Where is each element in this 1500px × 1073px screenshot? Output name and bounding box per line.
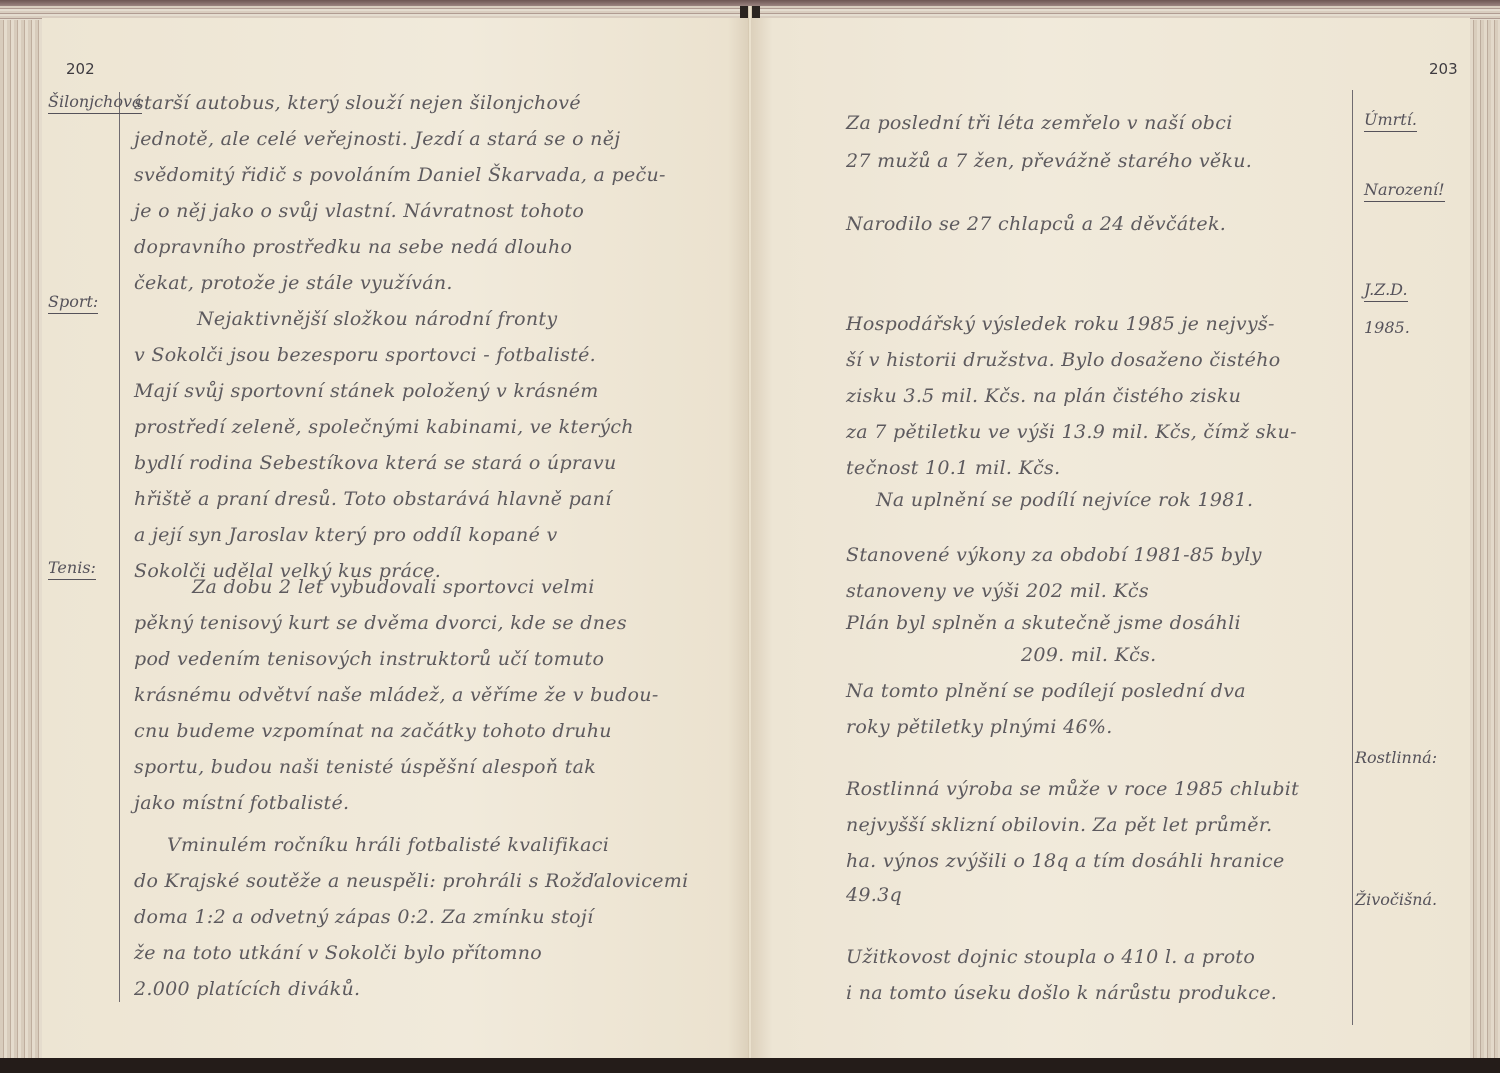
text-line: Na uplnění se podílí nejvíce rok 1981. [876,489,1253,511]
text-line: bydlí rodina Sebestíkova která se stará … [134,452,617,474]
text-line: doma 1:2 a odvetný zápas 0:2. Za zmínku … [134,906,593,928]
text-line: Vminulém ročníku hráli fotbalisté kvalif… [167,834,609,856]
page-stack-right [1469,6,1500,1058]
text-line: Mají svůj sportovní stánek položený v kr… [134,380,599,402]
text-line: je o něj jako o svůj vlastní. Návratnost… [134,200,584,222]
text-line: cnu budeme vzpomínat na začátky tohoto d… [134,720,612,742]
right-page: 203 Úmrtí. Narození! J.Z.D. 1985. Rostli… [751,18,1470,1058]
text-line: Narodilo se 27 chlapců a 24 děvčátek. [846,213,1226,235]
text-line: 49.3q [846,884,902,906]
text-line: 27 mužů a 7 žen, převážně starého věku. [846,150,1252,172]
text-line: Na tomto plnění se podílejí poslední dva [846,680,1246,702]
text-line: tečnost 10.1 mil. Kčs. [846,457,1060,479]
text-line: v Sokolči jsou bezesporu sportovci - fot… [134,344,596,366]
margin-rule [1352,90,1353,1025]
text-line: Nejaktivnější složkou národní fronty [197,308,557,330]
margin-rule [119,92,120,1002]
page-number: 203 [1429,60,1458,78]
text-line: sportu, budou naši tenisté úspěšní alesp… [134,756,596,778]
text-line: dopravního prostředku na sebe nedá dlouh… [134,236,572,258]
margin-note-silonjchova: Šilonjchová [48,92,142,114]
text-line: ší v historii družstva. Bylo dosaženo či… [846,349,1281,371]
text-line: pod vedením tenisových instruktorů učí t… [134,648,604,670]
text-line: Za dobu 2 let vybudovali sportovci velmi [192,576,595,598]
left-page: 202 Šilonjchová Sport: Tenis: starší aut… [42,18,749,1058]
text-line: Užitkovost dojnic stoupla o 410 l. a pro… [846,946,1255,968]
text-line: nejvyšší sklizní obilovin. Za pět let pr… [846,814,1272,836]
margin-note-tenis: Tenis: [48,558,96,580]
margin-note-jzd: J.Z.D. [1364,280,1408,302]
text-line: že na toto utkání v Sokolči bylo přítomn… [134,942,542,964]
text-line: čekat, protože je stále využíván. [134,272,453,294]
text-line: a její syn Jaroslav který pro oddíl kopa… [134,524,558,546]
book-cover-top [0,0,1500,6]
text-line: Rostlinná výroba se může v roce 1985 chl… [846,778,1299,800]
text-line: jednotě, ale celé veřejnosti. Jezdí a st… [134,128,620,150]
text-line: Hospodářský výsledek roku 1985 je nejvyš… [846,313,1275,335]
margin-note-year: 1985. [1364,318,1410,337]
margin-note-rostlinna: Rostlinná: [1355,748,1437,767]
page-stack-left [0,6,43,1058]
text-line: svědomitý řidič s povoláním Daniel Škarv… [134,164,666,186]
text-line: Za poslední tři léta zemřelo v naší obci [846,112,1233,134]
text-line: roky pětiletky plnými 46%. [846,716,1113,738]
text-line: jako místní fotbalisté. [134,792,349,814]
text-line: stanoveny ve výši 202 mil. Kčs [846,580,1149,602]
text-line: 209. mil. Kčs. [1021,644,1156,666]
text-line: Stanovené výkony za období 1981-85 byly [846,544,1262,566]
text-line: zisku 3.5 mil. Kčs. na plán čistého zisk… [846,385,1241,407]
margin-note-zivocisna: Živočišná. [1355,890,1437,909]
text-line: za 7 pětiletku ve výši 13.9 mil. Kčs, čí… [846,421,1297,443]
text-line: ha. výnos zvýšili o 18q a tím dosáhli hr… [846,850,1285,872]
background-surface [0,1058,1500,1073]
page-number: 202 [66,60,95,78]
text-line: pěkný tenisový kurt se dvěma dvorci, kde… [134,612,627,634]
text-line: hřiště a praní dresů. Toto obstarává hla… [134,488,612,510]
text-line: 2.000 platících diváků. [134,978,360,1000]
text-line: starší autobus, který slouží nejen šilon… [134,92,581,114]
text-line: i na tomto úseku došlo k nárůstu produkc… [846,982,1277,1004]
text-line: krásnému odvětví naše mládež, a věříme ž… [134,684,659,706]
text-line: Plán byl splněn a skutečně jsme dosáhli [846,612,1241,634]
margin-note-sport: Sport: [48,292,98,314]
margin-note-narozeni: Narození! [1364,180,1445,202]
text-line: prostředí zeleně, společnými kabinami, v… [134,416,634,438]
text-line: do Krajské soutěže a neuspěli: prohráli … [134,870,688,892]
open-book: 202 Šilonjchová Sport: Tenis: starší aut… [0,0,1500,1060]
margin-note-umrti: Úmrtí. [1364,110,1417,132]
